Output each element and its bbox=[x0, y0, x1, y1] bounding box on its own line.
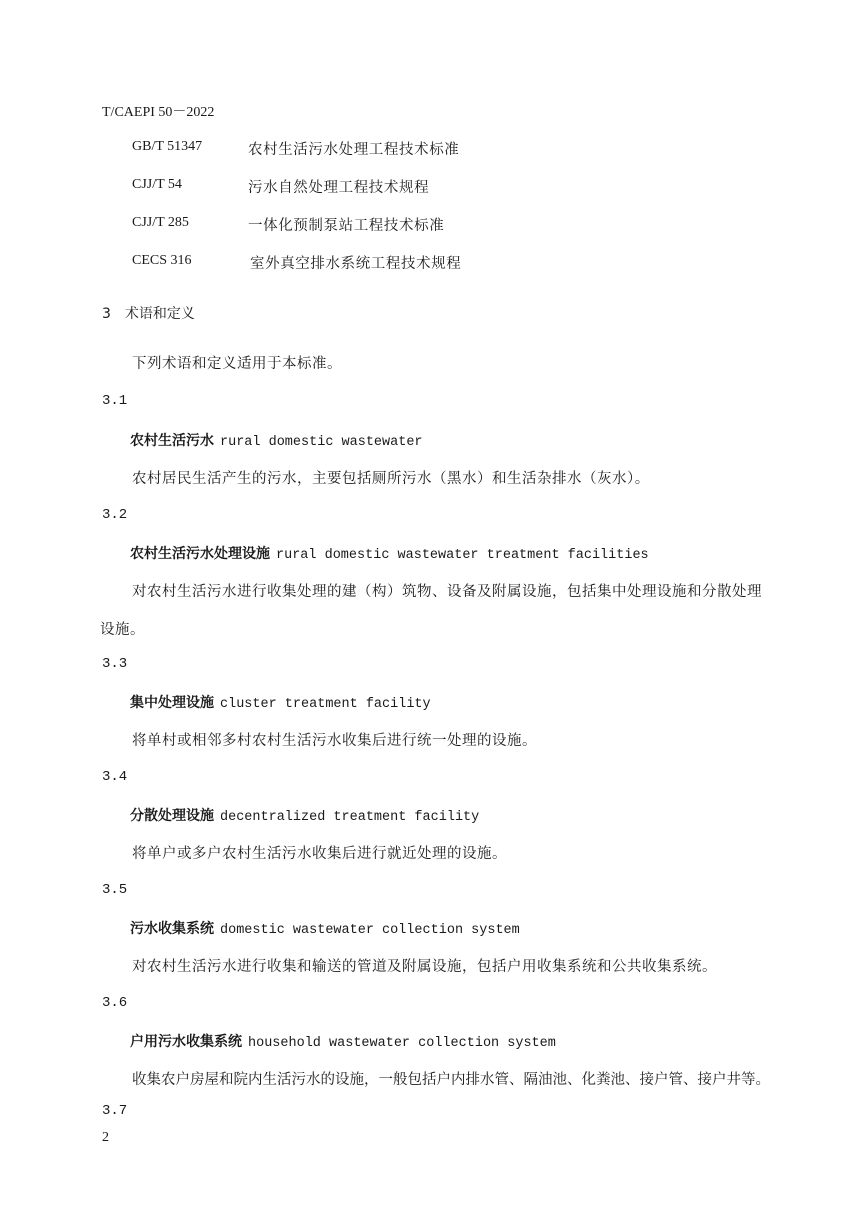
term-zh: 农村生活污水处理设施 bbox=[130, 546, 270, 562]
reference-code: GB/T 51347 bbox=[132, 139, 202, 155]
reference-title: 一体化预制泵站工程技术标准 bbox=[248, 214, 444, 235]
definition: 农村居民生活产生的污水，主要包括厕所污水（黑水）和生活杂排水（灰水）。 bbox=[132, 467, 650, 488]
reference-title: 污水自然处理工程技术规程 bbox=[248, 176, 429, 197]
section-number: 3 bbox=[102, 306, 111, 322]
clause-number: 3.5 bbox=[102, 882, 127, 898]
term-en: domestic wastewater collection system bbox=[220, 923, 520, 938]
definition-continuation: 设施。 bbox=[100, 618, 145, 639]
term-en: rural domestic wastewater treatment faci… bbox=[276, 548, 649, 563]
definition: 对农村生活污水进行收集和输送的管道及附属设施，包括户用收集系统和公共收集系统。 bbox=[132, 955, 717, 976]
clause-number: 3.7 bbox=[102, 1103, 127, 1119]
clause-number: 3.6 bbox=[102, 995, 127, 1011]
definition: 将单户或多户农村生活污水收集后进行就近处理的设施。 bbox=[132, 842, 507, 863]
term-zh: 集中处理设施 bbox=[130, 695, 214, 711]
term-zh: 户用污水收集系统 bbox=[130, 1034, 242, 1050]
term: 户用污水收集系统household wastewater collection … bbox=[130, 1031, 556, 1051]
clause-number: 3.1 bbox=[102, 393, 127, 409]
section-intro: 下列术语和定义适用于本标准。 bbox=[132, 352, 342, 373]
term-en: household wastewater collection system bbox=[248, 1036, 556, 1051]
definition: 将单村或相邻多村农村生活污水收集后进行统一处理的设施。 bbox=[132, 729, 537, 750]
term: 集中处理设施cluster treatment facility bbox=[130, 692, 431, 712]
term-en: decentralized treatment facility bbox=[220, 810, 479, 825]
section-heading: 3术语和定义 bbox=[102, 303, 195, 323]
reference-title: 室外真空排水系统工程技术规程 bbox=[250, 252, 461, 273]
term-zh: 污水收集系统 bbox=[130, 921, 214, 937]
term-en: cluster treatment facility bbox=[220, 697, 431, 712]
reference-title: 农村生活污水处理工程技术标准 bbox=[248, 138, 459, 159]
standard-code-header: T/CAEPI 50－2022 bbox=[102, 101, 214, 121]
term: 污水收集系统domestic wastewater collection sys… bbox=[130, 918, 520, 938]
reference-code: CECS 316 bbox=[132, 253, 192, 269]
section-title: 术语和定义 bbox=[125, 306, 195, 322]
term: 分散处理设施decentralized treatment facility bbox=[130, 805, 479, 825]
page-number: 2 bbox=[102, 1130, 109, 1146]
definition: 对农村生活污水进行收集处理的建（构）筑物、设备及附属设施，包括集中处理设施和分散… bbox=[132, 580, 762, 601]
term: 农村生活污水处理设施rural domestic wastewater trea… bbox=[130, 543, 649, 563]
term-en: rural domestic wastewater bbox=[220, 435, 423, 450]
clause-number: 3.2 bbox=[102, 507, 127, 523]
clause-number: 3.4 bbox=[102, 769, 127, 785]
term: 农村生活污水rural domestic wastewater bbox=[130, 430, 423, 450]
reference-code: CJJ/T 285 bbox=[132, 215, 189, 231]
term-zh: 农村生活污水 bbox=[130, 433, 214, 449]
term-zh: 分散处理设施 bbox=[130, 808, 214, 824]
clause-number: 3.3 bbox=[102, 656, 127, 672]
reference-code: CJJ/T 54 bbox=[132, 177, 182, 193]
definition: 收集农户房屋和院内生活污水的设施，一般包括户内排水管、隔油池、化粪池、接户管、接… bbox=[132, 1068, 770, 1089]
